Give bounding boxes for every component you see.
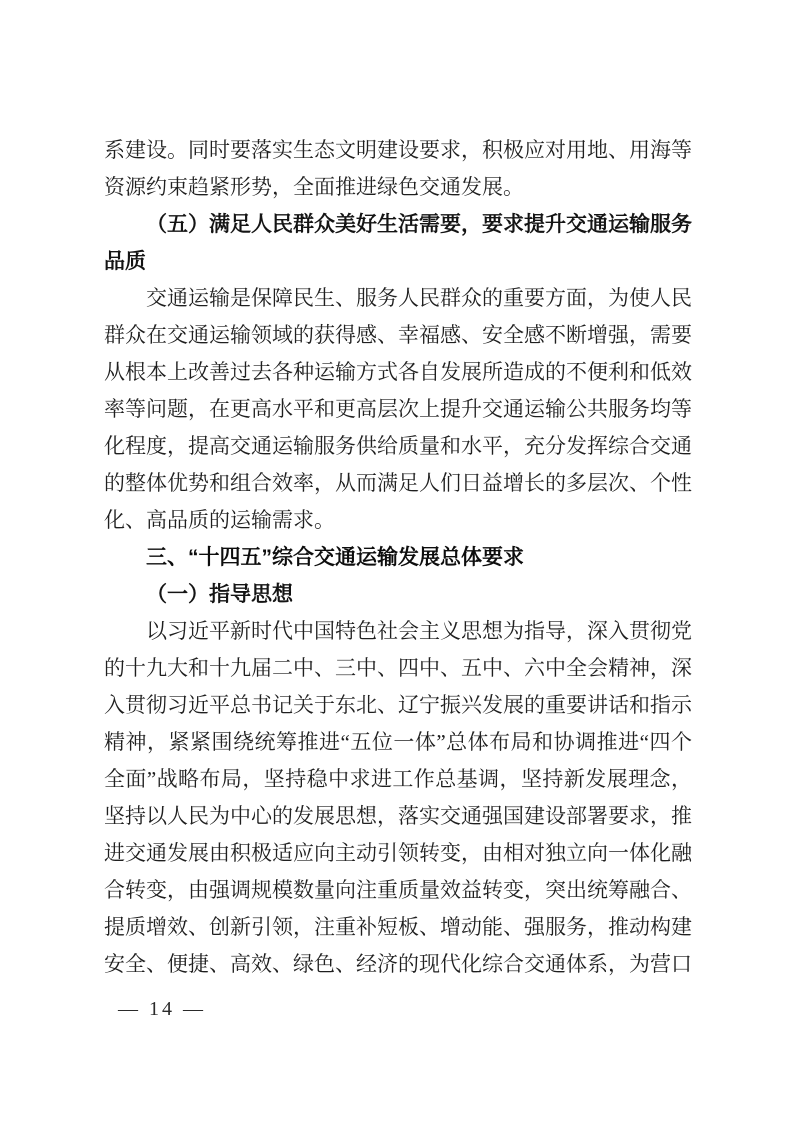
paragraph-body: 以习近平新时代中国特色社会主义思想为指导，深入贯彻党的十九大和十九届二中、三中、… xyxy=(104,613,692,983)
paragraph-continuation: 系建设。同时要落实生态文明建设要求，积极应对用地、用海等资源约束趋紧形势，全面推… xyxy=(104,132,692,206)
section-heading-yi: （一）指导思想 xyxy=(104,576,692,613)
paragraph-body: 交通运输是保障民生、服务人民群众的重要方面，为使人民群众在交通运输领域的获得感、… xyxy=(104,280,692,539)
section-heading-wu: （五）满足人民群众美好生活需要，要求提升交通运输服务品质 xyxy=(104,206,692,280)
document-page: 系建设。同时要落实生态文明建设要求，积极应对用地、用海等资源约束趋紧形势，全面推… xyxy=(0,0,793,1122)
page-number: — 14 — xyxy=(118,996,206,1022)
text-block: 系建设。同时要落实生态文明建设要求，积极应对用地、用海等资源约束趋紧形势，全面推… xyxy=(104,132,692,983)
chapter-heading-san: 三、“十四五”综合交通运输发展总体要求 xyxy=(104,539,692,576)
